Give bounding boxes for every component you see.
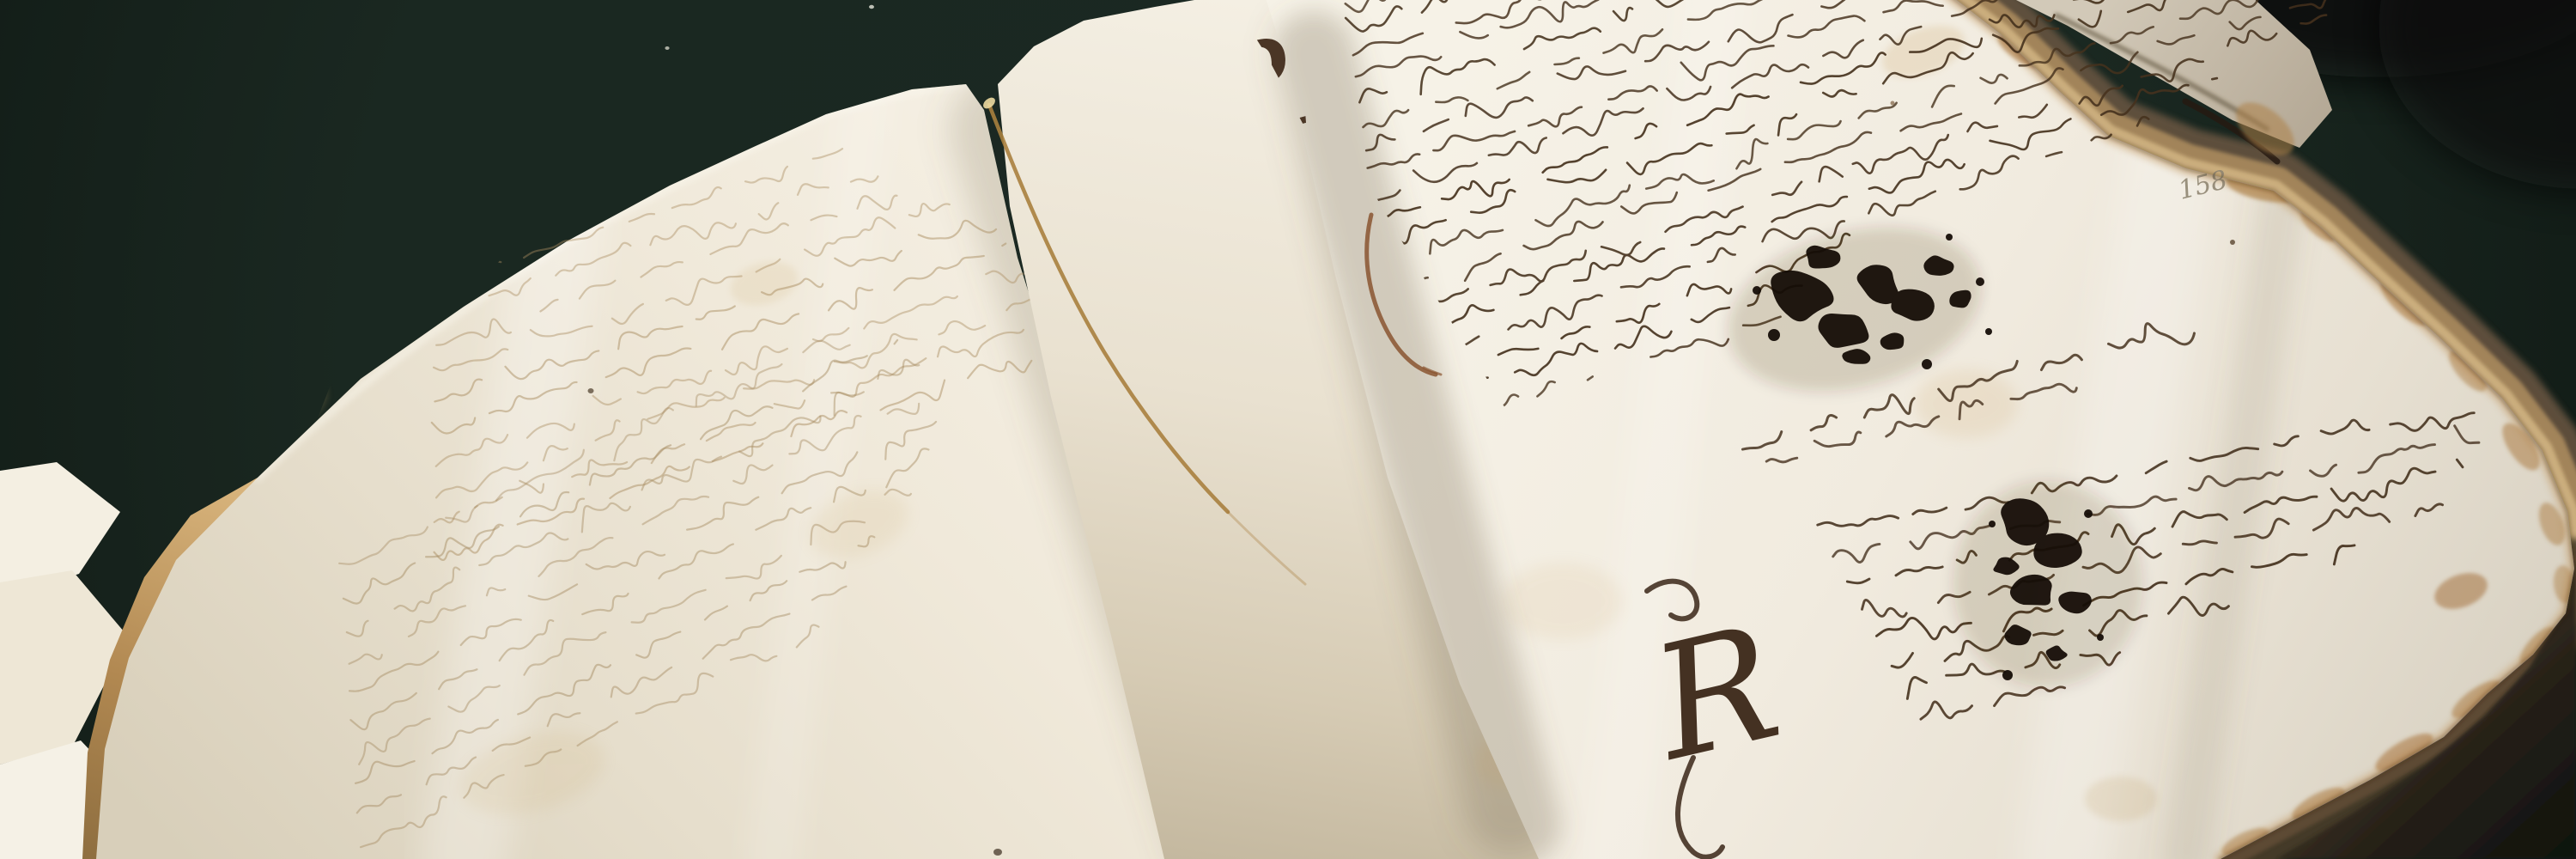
ink-droplet: [2084, 509, 2093, 518]
right-stain-soft-2: [1503, 563, 1623, 640]
right-ink-speck-2: [1891, 101, 1895, 106]
manuscript-photograph: RR158: [0, 0, 2576, 859]
ink-droplet: [1768, 329, 1780, 341]
ink-droplet: [2002, 670, 2013, 680]
felt-speck-1: [869, 5, 874, 9]
manuscript-scene: RR158: [0, 0, 2576, 859]
ink-droplet: [1985, 328, 1992, 335]
ink-droplet: [1989, 521, 1996, 527]
ink-droplet: [2097, 634, 2104, 641]
felt-speck-2: [665, 46, 669, 50]
right-ink-speck-1: [2230, 240, 2235, 245]
left-ink-speck: [588, 388, 594, 393]
right-stain-soft-3: [2085, 777, 2157, 821]
ink-droplet: [1922, 359, 1932, 369]
ink-droplet: [1753, 286, 1761, 295]
ink-droplet: [1976, 277, 1984, 286]
ink-droplet: [1946, 234, 1953, 241]
bottom-fly-mark: [993, 849, 1002, 856]
